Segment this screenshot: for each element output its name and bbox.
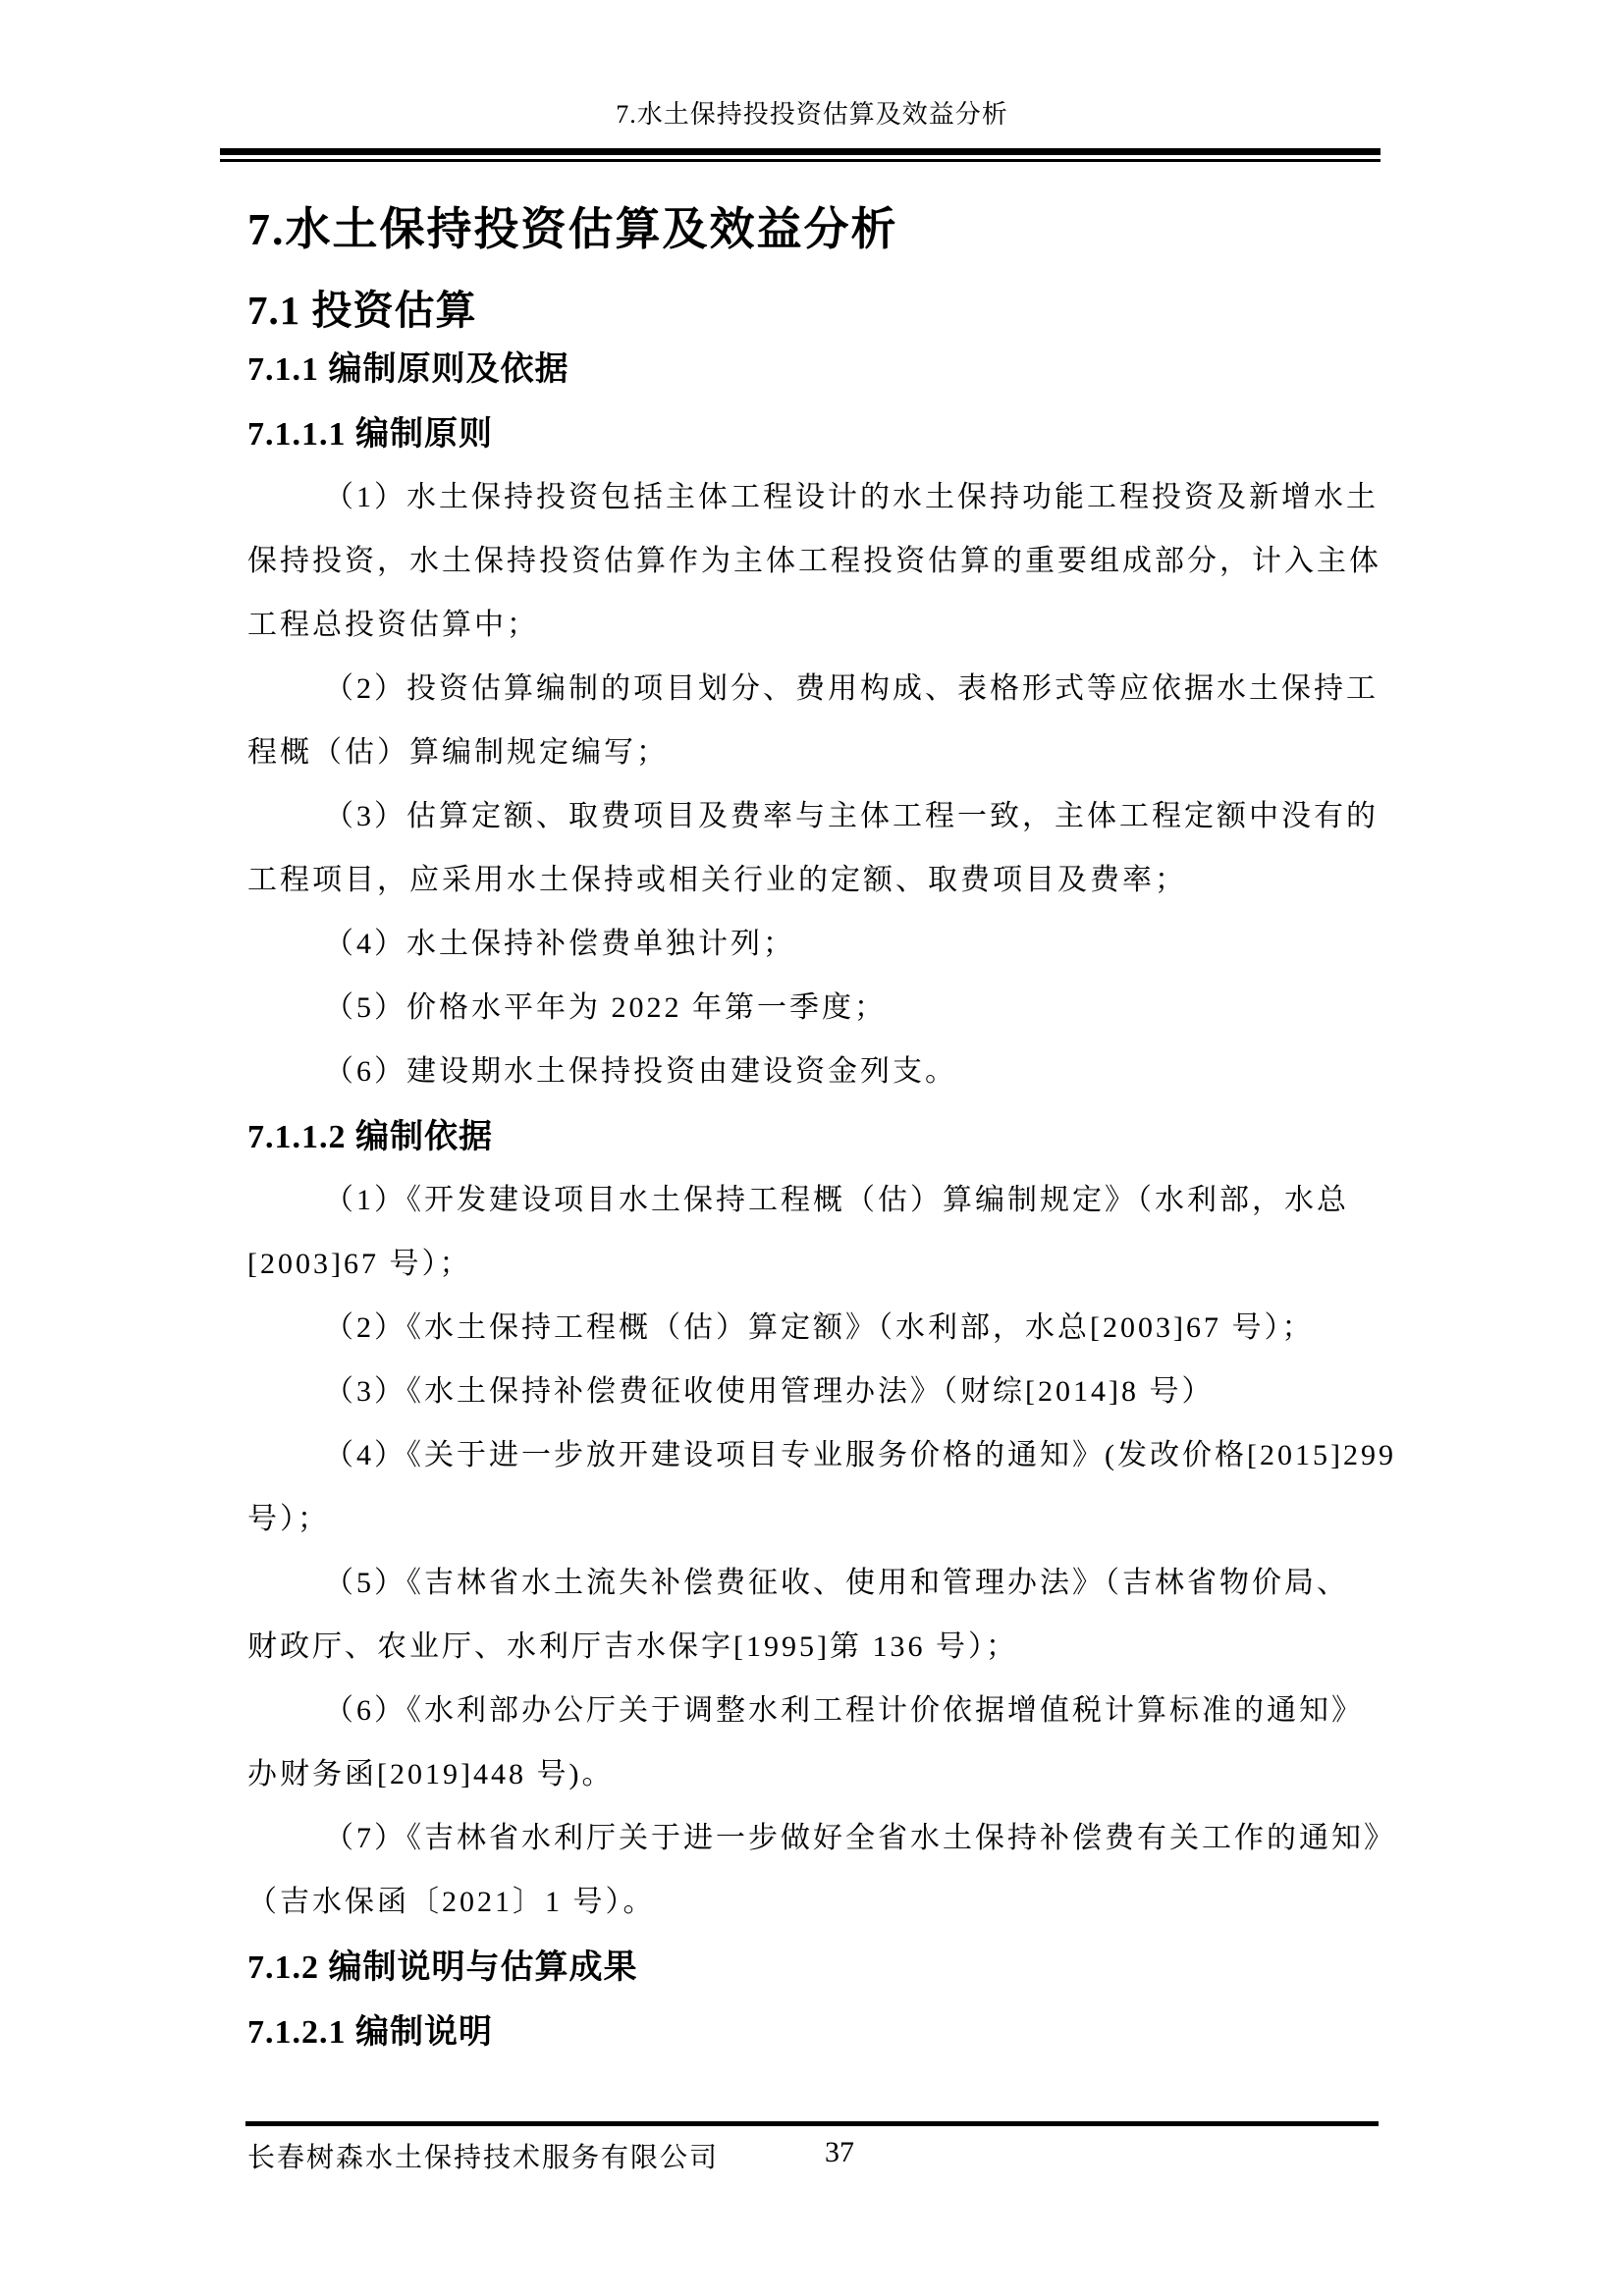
subsection-heading: 7.1.1.2 编制依据 bbox=[247, 1117, 1386, 1182]
paragraph-first-line: （3）《水土保持补偿费征收使用管理办法》（财综[2014]8 号） bbox=[247, 1373, 1386, 1437]
paragraph-first-line: （4）水土保持补偿费单独计列； bbox=[247, 926, 1386, 989]
paragraph-first-line: （4）《关于进一步放开建设项目专业服务价格的通知》(发改价格[2015]299 bbox=[247, 1437, 1386, 1501]
subsection-heading: 7.1.2 编制说明与估算成果 bbox=[247, 1948, 1386, 2012]
subsection-heading: 7.1.1 编制原则及依据 bbox=[247, 349, 1386, 414]
footer-rule bbox=[245, 2121, 1379, 2126]
paragraph-line: 工程项目，应采用水土保持或相关行业的定额、取费项目及费率； bbox=[247, 862, 1386, 926]
paragraph-line: 保持投资，水土保持投资估算作为主体工程投资估算的重要组成部分，计入主体 bbox=[247, 543, 1386, 607]
subsection-heading: 7.1.2.1 编制说明 bbox=[247, 2012, 1386, 2077]
page-header-title: 7.水土保持投投资估算及效益分析 bbox=[0, 94, 1624, 131]
paragraph-first-line: （5）《吉林省水土流失补偿费征收、使用和管理办法》（吉林省物价局、 bbox=[247, 1565, 1386, 1629]
paragraph-line: 号）； bbox=[247, 1501, 1386, 1565]
paragraph-first-line: （2）投资估算编制的项目划分、费用构成、表格形式等应依据水土保持工 bbox=[247, 670, 1386, 734]
paragraph-line: （吉水保函〔2021〕1 号）。 bbox=[247, 1884, 1386, 1948]
footer-company-name: 长春树森水土保持技术服务有限公司 bbox=[247, 2136, 719, 2175]
paragraph-line: 程概（估）算编制规定编写； bbox=[247, 734, 1386, 798]
header-rule-thin bbox=[220, 159, 1380, 162]
page: { "colors": { "text": "#000000", "backgr… bbox=[0, 0, 1624, 2296]
chapter-heading: 7.水土保持投资估算及效益分析 bbox=[247, 201, 1386, 286]
document-body: 7.水土保持投资估算及效益分析7.1 投资估算7.1.1 编制原则及依据7.1.… bbox=[247, 201, 1386, 2077]
paragraph-first-line: （6）建设期水土保持投资由建设资金列支。 bbox=[247, 1053, 1386, 1117]
paragraph-line: 办财务函[2019]448 号)。 bbox=[247, 1756, 1386, 1820]
paragraph-line: 工程总投资估算中； bbox=[247, 607, 1386, 670]
header-rule-thick bbox=[220, 148, 1380, 155]
paragraph-first-line: （5）价格水平年为 2022 年第一季度； bbox=[247, 989, 1386, 1053]
section-heading: 7.1 投资估算 bbox=[247, 286, 1386, 349]
paragraph-first-line: （1）水土保持投资包括主体工程设计的水土保持功能工程投资及新增水土 bbox=[247, 479, 1386, 543]
subsection-heading: 7.1.1.1 编制原则 bbox=[247, 414, 1386, 479]
paragraph-line: 财政厅、农业厅、水利厅吉水保字[1995]第 136 号）； bbox=[247, 1629, 1386, 1692]
paragraph-first-line: （7）《吉林省水利厅关于进一步做好全省水土保持补偿费有关工作的通知》 bbox=[247, 1820, 1386, 1884]
paragraph-first-line: （1）《开发建设项目水土保持工程概（估）算编制规定》（水利部，水总 bbox=[247, 1182, 1386, 1246]
paragraph-first-line: （6）《水利部办公厅关于调整水利工程计价依据增值税计算标准的通知》 bbox=[247, 1692, 1386, 1756]
paragraph-first-line: （2）《水土保持工程概（估）算定额》（水利部，水总[2003]67 号）； bbox=[247, 1309, 1386, 1373]
paragraph-line: [2003]67 号）； bbox=[247, 1246, 1386, 1309]
footer-page-number: 37 bbox=[825, 2136, 854, 2169]
paragraph-first-line: （3）估算定额、取费项目及费率与主体工程一致，主体工程定额中没有的 bbox=[247, 798, 1386, 862]
